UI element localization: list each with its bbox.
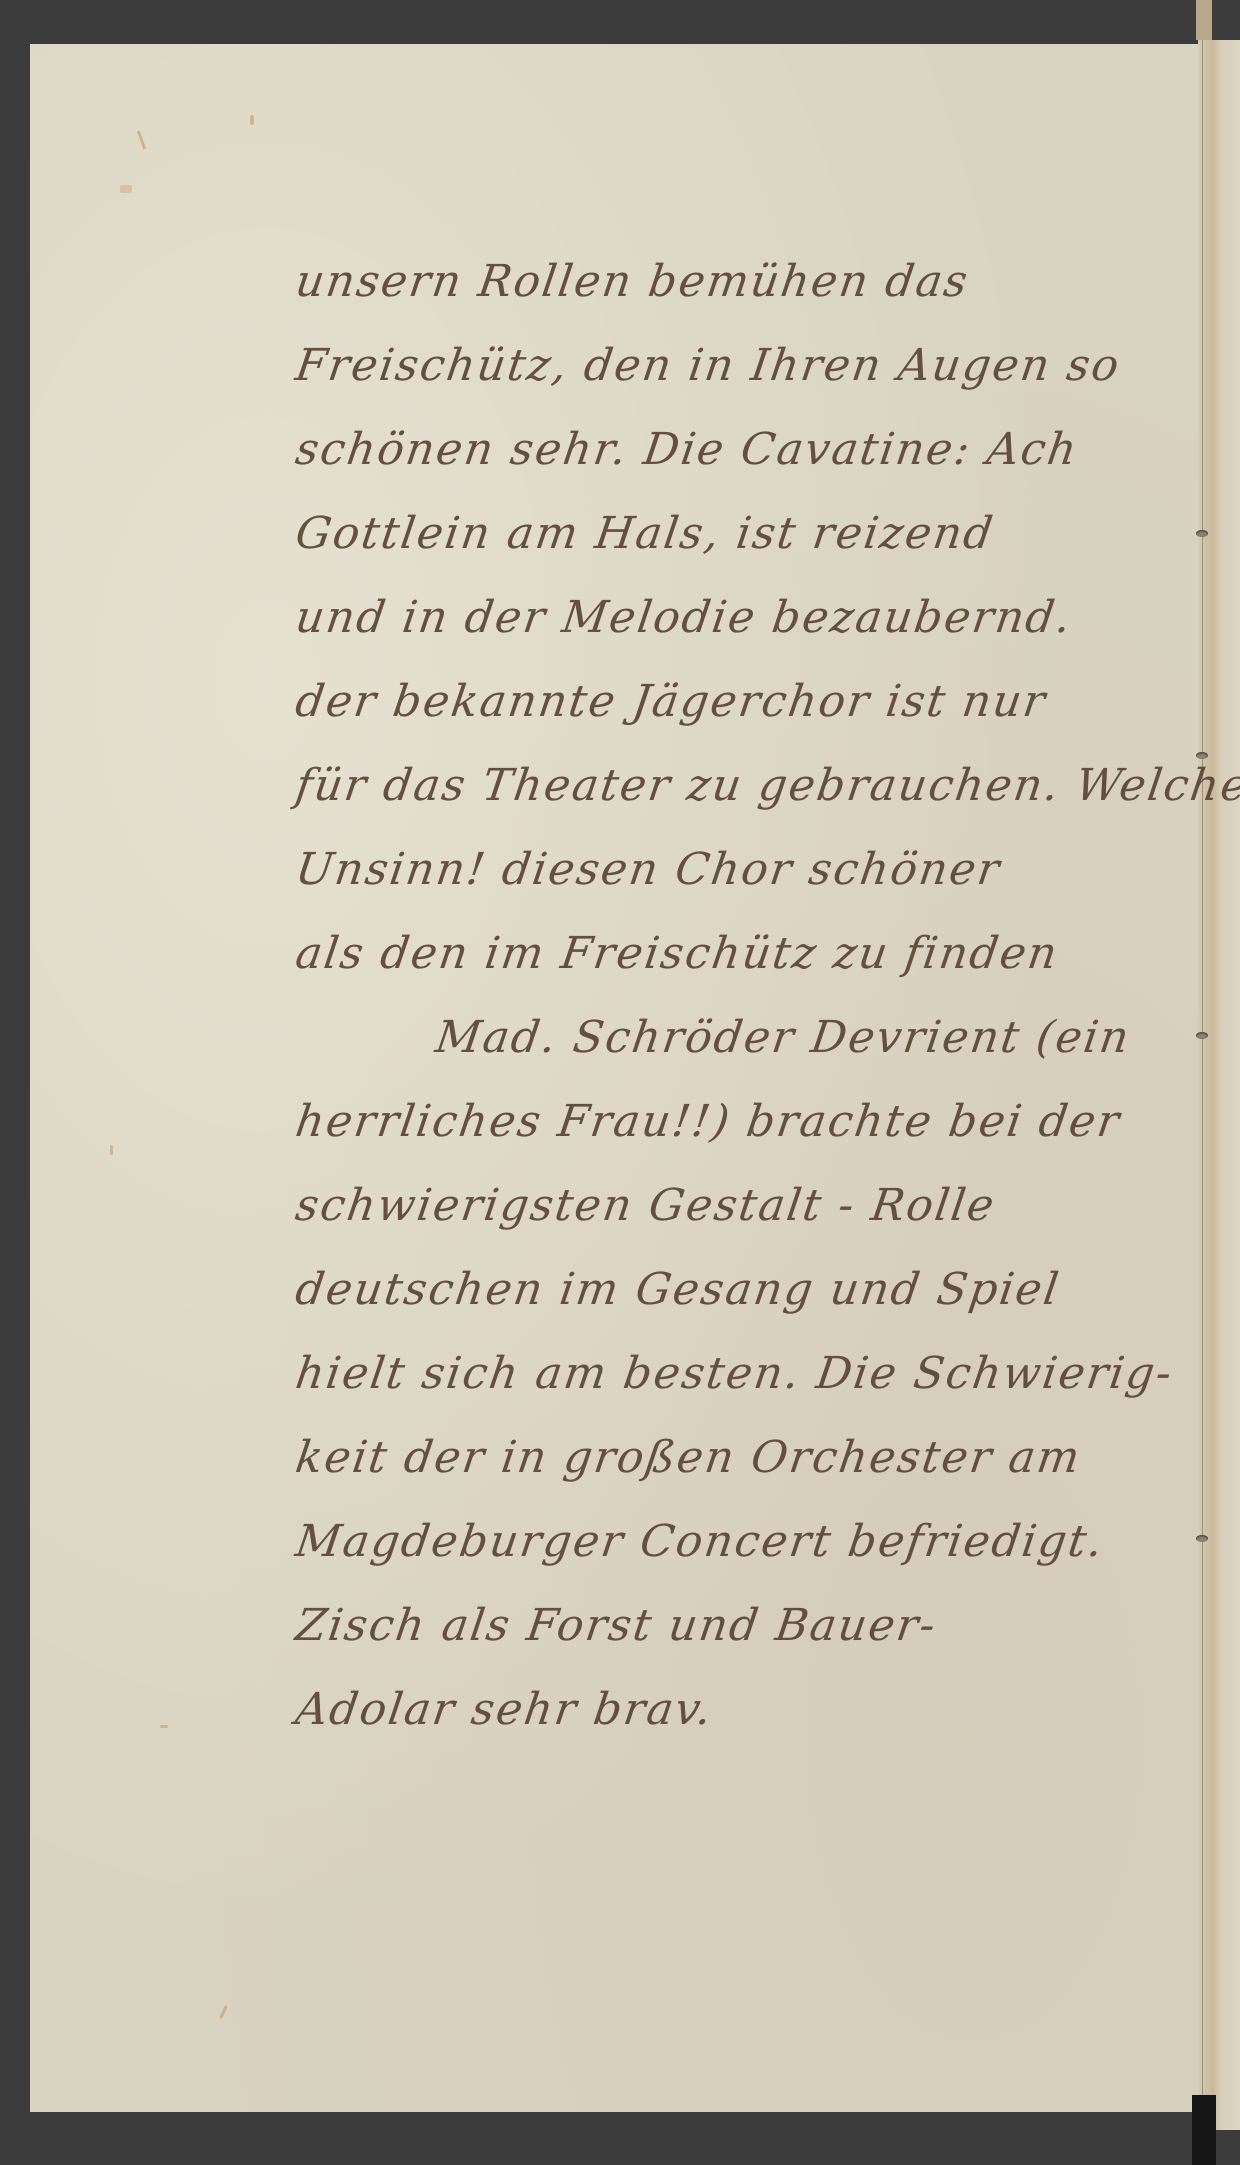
binding-bottom <box>1192 2095 1216 2165</box>
text-line: Gottlein am Hals, ist reizend <box>290 492 1162 576</box>
book-gutter <box>1198 40 1240 2130</box>
text-line: schwierigsten Gestalt - Rolle <box>290 1164 1162 1248</box>
sewing-hole-icon <box>1196 1032 1208 1039</box>
text-line: als den im Freischütz zu finden <box>290 912 1162 996</box>
text-line: schönen sehr. Die Cavatine: Ach <box>290 408 1162 492</box>
paper-fleck <box>120 185 132 193</box>
text-line: herrliches Frau!!) brachte bei der <box>290 1080 1162 1164</box>
text-line: und in der Melodie bezaubernd. <box>290 576 1162 660</box>
text-line: Magdeburger Concert befriedigt. <box>290 1500 1162 1584</box>
text-line: keit der in großen Orchester am <box>290 1416 1162 1500</box>
text-line-paragraph-start: Mad. Schröder Devrient (ein <box>290 996 1162 1080</box>
text-line: deutschen im Gesang und Spiel <box>290 1248 1162 1332</box>
text-line: unsern Rollen bemühen das <box>290 240 1162 324</box>
text-line: Freischütz, den in Ihren Augen so <box>290 324 1162 408</box>
binding-top <box>1196 0 1212 40</box>
paper-fleck <box>160 1725 168 1728</box>
paper-fleck <box>250 115 254 125</box>
text-line: der bekannte Jägerchor ist nur <box>290 660 1162 744</box>
text-line: hielt sich am besten. Die Schwierig- <box>290 1332 1162 1416</box>
sewing-hole-icon <box>1196 530 1208 537</box>
gutter-fold-line <box>1202 40 1203 2120</box>
handwritten-text: unsern Rollen bemühen das Freischütz, de… <box>296 240 1156 1752</box>
background-edge <box>30 2112 1210 2165</box>
text-line: Adolar sehr brav. <box>290 1668 1162 1752</box>
text-line: Unsinn! diesen Chor schöner <box>290 828 1162 912</box>
sewing-hole-icon <box>1196 1535 1208 1542</box>
paper-fleck <box>110 1145 113 1155</box>
text-line: Zisch als Forst und Bauer- <box>290 1584 1162 1668</box>
text-line: für das Theater zu gebrauchen. Welcher <box>290 744 1162 828</box>
sewing-hole-icon <box>1196 752 1208 759</box>
